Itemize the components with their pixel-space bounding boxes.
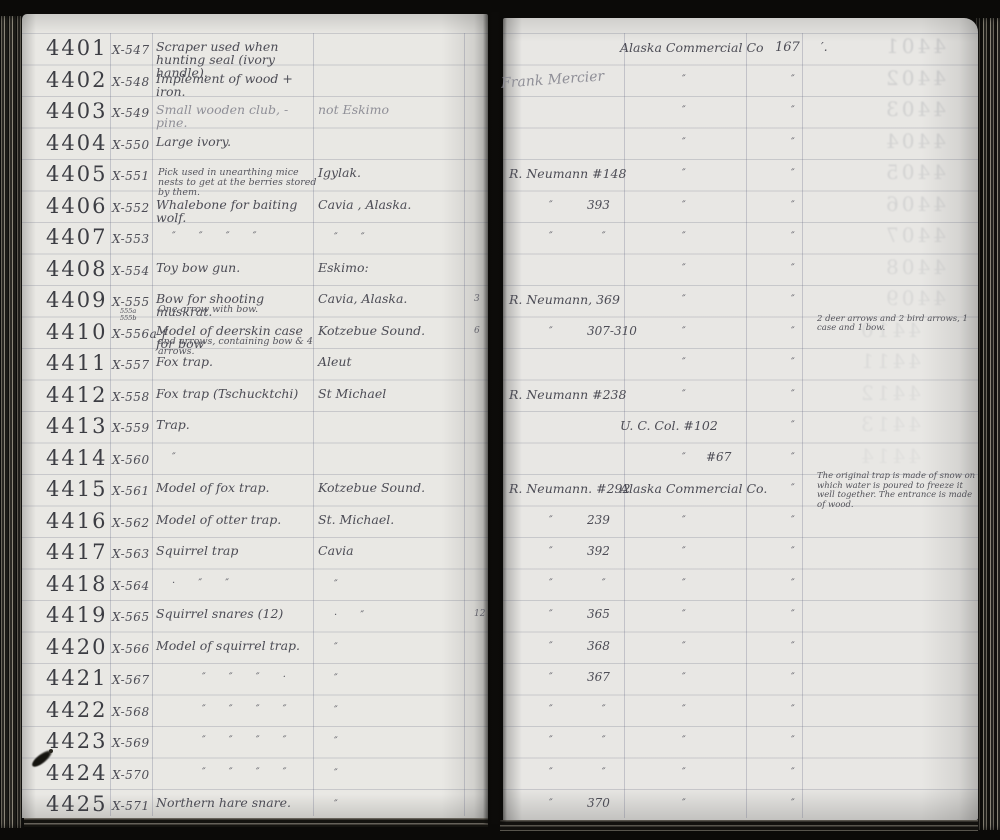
locality: St. Michael. bbox=[318, 513, 468, 526]
ditto-marks: ″ ″ bbox=[334, 232, 365, 243]
ditto-marks: ″ bbox=[791, 483, 795, 494]
collector: R. Neumann #148 bbox=[509, 166, 626, 181]
ditto-marks: ″ bbox=[682, 74, 686, 85]
ditto-marks: ″ bbox=[682, 515, 686, 526]
printed-number: 4407 bbox=[46, 225, 107, 249]
ditto-marks: ″ bbox=[682, 672, 686, 683]
ditto-marks: ″ bbox=[791, 798, 795, 809]
description: Fox trap (Tschucktchi) bbox=[156, 387, 314, 400]
right-page: 4401440244034404440544064407440844094410… bbox=[503, 18, 978, 820]
description: Implement of wood + iron. bbox=[156, 72, 314, 98]
tick-mark: ′. bbox=[821, 40, 828, 54]
ditto-marks: ″ bbox=[334, 736, 338, 747]
catalog-number: X-559 bbox=[112, 421, 150, 435]
ditto-marks: ″ bbox=[791, 515, 795, 526]
printed-number: 4421 bbox=[46, 666, 107, 690]
printed-number: 4410 bbox=[46, 320, 107, 344]
ditto-marks: ″ bbox=[791, 389, 795, 400]
description: Model of squirrel trap. bbox=[156, 639, 314, 652]
ditto-marks: ″ bbox=[682, 200, 686, 211]
collector-number: 307-310 bbox=[587, 324, 637, 338]
description: Model of otter trap. bbox=[156, 513, 314, 526]
ditto-marks: ″ bbox=[549, 641, 553, 652]
collector-number: 365 bbox=[587, 607, 610, 621]
accession-number: 167 bbox=[775, 40, 800, 55]
catalog-number: X-550 bbox=[112, 138, 150, 152]
printed-number: 4403 bbox=[46, 99, 107, 123]
count: 3 bbox=[474, 294, 480, 304]
catalog-number: X-554 bbox=[112, 264, 150, 278]
printed-number: 4423 bbox=[46, 729, 107, 753]
right-page-rows: Alaska Commercial Co167′.Frank Mercier″″… bbox=[503, 18, 978, 820]
donor: Alaska Commercial Co. bbox=[620, 481, 767, 496]
collector: R. Neumann. #292 bbox=[509, 481, 630, 496]
catalog-number: X-571 bbox=[112, 799, 150, 813]
ditto-marks: ″ bbox=[682, 137, 686, 148]
printed-number: 4415 bbox=[46, 477, 107, 501]
printed-number: 4416 bbox=[46, 509, 107, 533]
ditto-marks: ″ bbox=[682, 294, 686, 305]
description: Northern hare snare. bbox=[156, 796, 314, 809]
description-small: One arrow with bow. bbox=[158, 305, 326, 315]
book-bottom-edge-left bbox=[24, 818, 488, 827]
catalog-number: X-563 bbox=[112, 547, 150, 561]
printed-number: 4402 bbox=[46, 68, 107, 92]
collector-number: 370 bbox=[587, 796, 610, 810]
printed-number: 4422 bbox=[46, 698, 107, 722]
left-page: 4401X-547Scraper used when hunting seal … bbox=[22, 14, 488, 818]
ditto-marks: ″ bbox=[791, 231, 795, 242]
ditto-marks: ″ bbox=[791, 263, 795, 274]
book-left-edge bbox=[0, 16, 24, 828]
catalog-number: X-560 bbox=[112, 453, 150, 467]
catalog-number: X-551 bbox=[112, 169, 150, 183]
ditto-marks: ″ bbox=[791, 546, 795, 557]
catalog-number: X-568 bbox=[112, 705, 150, 719]
catalog-number: X-565 bbox=[112, 610, 150, 624]
locality: Cavia , Alaska. bbox=[318, 198, 468, 211]
locality: Igylak. bbox=[318, 166, 468, 179]
printed-number: 4417 bbox=[46, 540, 107, 564]
catalog-number: X-548 bbox=[112, 75, 150, 89]
catalog-number: X-570 bbox=[112, 768, 150, 782]
ditto-marks: ″ bbox=[791, 452, 795, 463]
ditto-marks: ″ bbox=[682, 735, 686, 746]
ditto-marks: ″ bbox=[791, 641, 795, 652]
ditto-marks: · ″ bbox=[334, 610, 364, 621]
ditto-marks: ″ bbox=[549, 798, 553, 809]
ditto-marks: ″ bbox=[682, 231, 686, 242]
collector-number: 239 bbox=[587, 513, 610, 527]
ditto-marks: ″ ″ ″ ″ bbox=[202, 704, 286, 715]
book-right-edge bbox=[976, 18, 1000, 830]
ditto-marks: ″ bbox=[791, 578, 795, 589]
catalog-number: X-562 bbox=[112, 516, 150, 530]
left-page-rows: 4401X-547Scraper used when hunting seal … bbox=[22, 14, 488, 818]
catalog-number: X-552 bbox=[112, 201, 150, 215]
description: Trap. bbox=[156, 418, 314, 431]
collector: R. Neumann #238 bbox=[509, 387, 626, 402]
ditto-marks: ″ bbox=[549, 326, 553, 337]
description: Fox trap. bbox=[156, 355, 314, 368]
catalog-number: X-569 bbox=[112, 736, 150, 750]
catalog-number: X-564 bbox=[112, 579, 150, 593]
printed-number: 4406 bbox=[46, 194, 107, 218]
description-small: Pick used in unearthing mice nests to ge… bbox=[158, 168, 326, 198]
ditto-marks: ″ bbox=[682, 609, 686, 620]
printed-number: 4414 bbox=[46, 446, 107, 470]
printed-number: 4425 bbox=[46, 792, 107, 816]
collector-number: 367 bbox=[587, 670, 610, 684]
ditto-marks: ″ bbox=[791, 735, 795, 746]
count: 12 bbox=[474, 609, 485, 619]
collector-number: 393 bbox=[587, 198, 610, 212]
ditto-marks: ″ bbox=[682, 263, 686, 274]
ditto-marks: ″ bbox=[334, 705, 338, 716]
printed-number: 4401 bbox=[46, 36, 107, 60]
description: Toy bow gun. bbox=[156, 261, 314, 274]
ditto-marks: ″ ″ bbox=[549, 578, 606, 589]
ditto-marks: ″ bbox=[682, 546, 686, 557]
marginal-note: The original trap is made of snow on whi… bbox=[817, 472, 979, 510]
ditto-marks: ″ ″ bbox=[549, 735, 606, 746]
printed-number: 4413 bbox=[46, 414, 107, 438]
donor-number: #67 bbox=[706, 450, 731, 464]
ditto-marks: ″ bbox=[682, 105, 686, 116]
collector-number: 392 bbox=[587, 544, 610, 558]
catalog-number: X-566 bbox=[112, 642, 150, 656]
ditto-marks: ″ bbox=[172, 452, 176, 463]
ditto-marks: ″ bbox=[791, 420, 795, 431]
locality: Kotzebue Sound. bbox=[318, 324, 468, 337]
ink-dot bbox=[49, 749, 53, 753]
catalog-number: X-567 bbox=[112, 673, 150, 687]
printed-number: 4411 bbox=[46, 351, 107, 375]
ditto-marks: ″ bbox=[334, 579, 338, 590]
donor: U. C. Col. #102 bbox=[620, 418, 718, 433]
ditto-marks: ″ bbox=[791, 704, 795, 715]
ditto-marks: ″ bbox=[682, 168, 686, 179]
catalog-number: X-553 bbox=[112, 232, 150, 246]
locality: Cavia, Alaska. bbox=[318, 292, 468, 305]
ditto-marks: ″ bbox=[549, 609, 553, 620]
ditto-marks: ″ bbox=[549, 546, 553, 557]
ditto-marks: ″ ″ ″ ″ bbox=[172, 231, 256, 242]
ditto-marks: ″ bbox=[791, 137, 795, 148]
ditto-marks: ″ bbox=[334, 642, 338, 653]
catalog-number: X-558 bbox=[112, 390, 150, 404]
ditto-marks: ″ ″ ″ ″ bbox=[202, 735, 286, 746]
ditto-marks: ″ ″ ″ ″ bbox=[202, 767, 286, 778]
marginal-note: 2 deer arrows and 2 bird arrows, 1 case … bbox=[817, 315, 979, 334]
printed-number: 4412 bbox=[46, 383, 107, 407]
ditto-marks: ″ bbox=[682, 641, 686, 652]
ditto-marks: ″ bbox=[791, 357, 795, 368]
locality: Aleut bbox=[318, 355, 468, 368]
catalog-number: X-547 bbox=[112, 43, 150, 57]
ditto-marks: · ″ ″ bbox=[172, 578, 229, 589]
ditto-marks: ″ bbox=[334, 799, 338, 810]
locality: Eskimo: bbox=[318, 261, 468, 274]
ditto-marks: ″ bbox=[791, 74, 795, 85]
catalog-number: X-557 bbox=[112, 358, 150, 372]
ditto-marks: ″ bbox=[549, 672, 553, 683]
ditto-marks: ″ bbox=[682, 326, 686, 337]
printed-number: 4424 bbox=[46, 761, 107, 785]
count: 6 bbox=[474, 326, 480, 336]
printed-number: 4418 bbox=[46, 572, 107, 596]
ditto-marks: ″ bbox=[682, 389, 686, 400]
ditto-marks: ″ bbox=[682, 357, 686, 368]
ditto-marks: ″ bbox=[791, 767, 795, 778]
printed-number: 4408 bbox=[46, 257, 107, 281]
ditto-marks: ″ bbox=[682, 578, 686, 589]
ditto-marks: ″ bbox=[549, 515, 553, 526]
donor: Alaska Commercial Co bbox=[620, 40, 764, 55]
description: Model of fox trap. bbox=[156, 481, 314, 494]
printed-number: 4405 bbox=[46, 162, 107, 186]
ditto-marks: ″ bbox=[791, 200, 795, 211]
ditto-marks: ″ bbox=[334, 768, 338, 779]
description: Whalebone for baiting wolf. bbox=[156, 198, 314, 224]
ditto-marks: ″ ″ bbox=[549, 767, 606, 778]
ditto-marks: ″ bbox=[791, 609, 795, 620]
ledger-scan: 4401X-547Scraper used when hunting seal … bbox=[0, 0, 1000, 840]
printed-number: 4404 bbox=[46, 131, 107, 155]
ditto-marks: ″ bbox=[791, 326, 795, 337]
description: Squirrel snares (12) bbox=[156, 607, 314, 620]
catalog-subnumbers: 555a 555b bbox=[120, 308, 146, 321]
ditto-marks: ″ bbox=[334, 673, 338, 684]
book-bottom-edge-right bbox=[500, 820, 978, 831]
ditto-marks: ″ ″ bbox=[549, 231, 606, 242]
printed-number: 4420 bbox=[46, 635, 107, 659]
ditto-marks: ″ bbox=[791, 672, 795, 683]
locality: Kotzebue Sound. bbox=[318, 481, 468, 494]
ditto-marks: ″ bbox=[791, 294, 795, 305]
locality: Cavia bbox=[318, 544, 468, 557]
locality: St Michael bbox=[318, 387, 468, 400]
ditto-marks: ″ bbox=[682, 704, 686, 715]
description: Squirrel trap bbox=[156, 544, 314, 557]
ditto-marks: ″ bbox=[791, 105, 795, 116]
ditto-marks: ″ bbox=[549, 200, 553, 211]
locality: not Eskimo bbox=[318, 103, 468, 116]
ditto-marks: ″ bbox=[791, 168, 795, 179]
collector: Frank Mercier bbox=[501, 68, 605, 91]
ditto-marks: ″ bbox=[682, 767, 686, 778]
collector: R. Neumann, 369 bbox=[509, 292, 620, 307]
ditto-marks: ″ ″ bbox=[549, 704, 606, 715]
ditto-marks: ″ bbox=[682, 798, 686, 809]
printed-number: 4419 bbox=[46, 603, 107, 627]
ditto-marks: ″ bbox=[682, 452, 686, 463]
collector-number: 368 bbox=[587, 639, 610, 653]
catalog-number: X-549 bbox=[112, 106, 150, 120]
description: Large ivory. bbox=[156, 135, 314, 148]
catalog-number: X-561 bbox=[112, 484, 150, 498]
description: Small wooden club, - pine. bbox=[156, 103, 314, 129]
printed-number: 4409 bbox=[46, 288, 107, 312]
ditto-marks: ″ ″ ″ · bbox=[202, 672, 286, 683]
